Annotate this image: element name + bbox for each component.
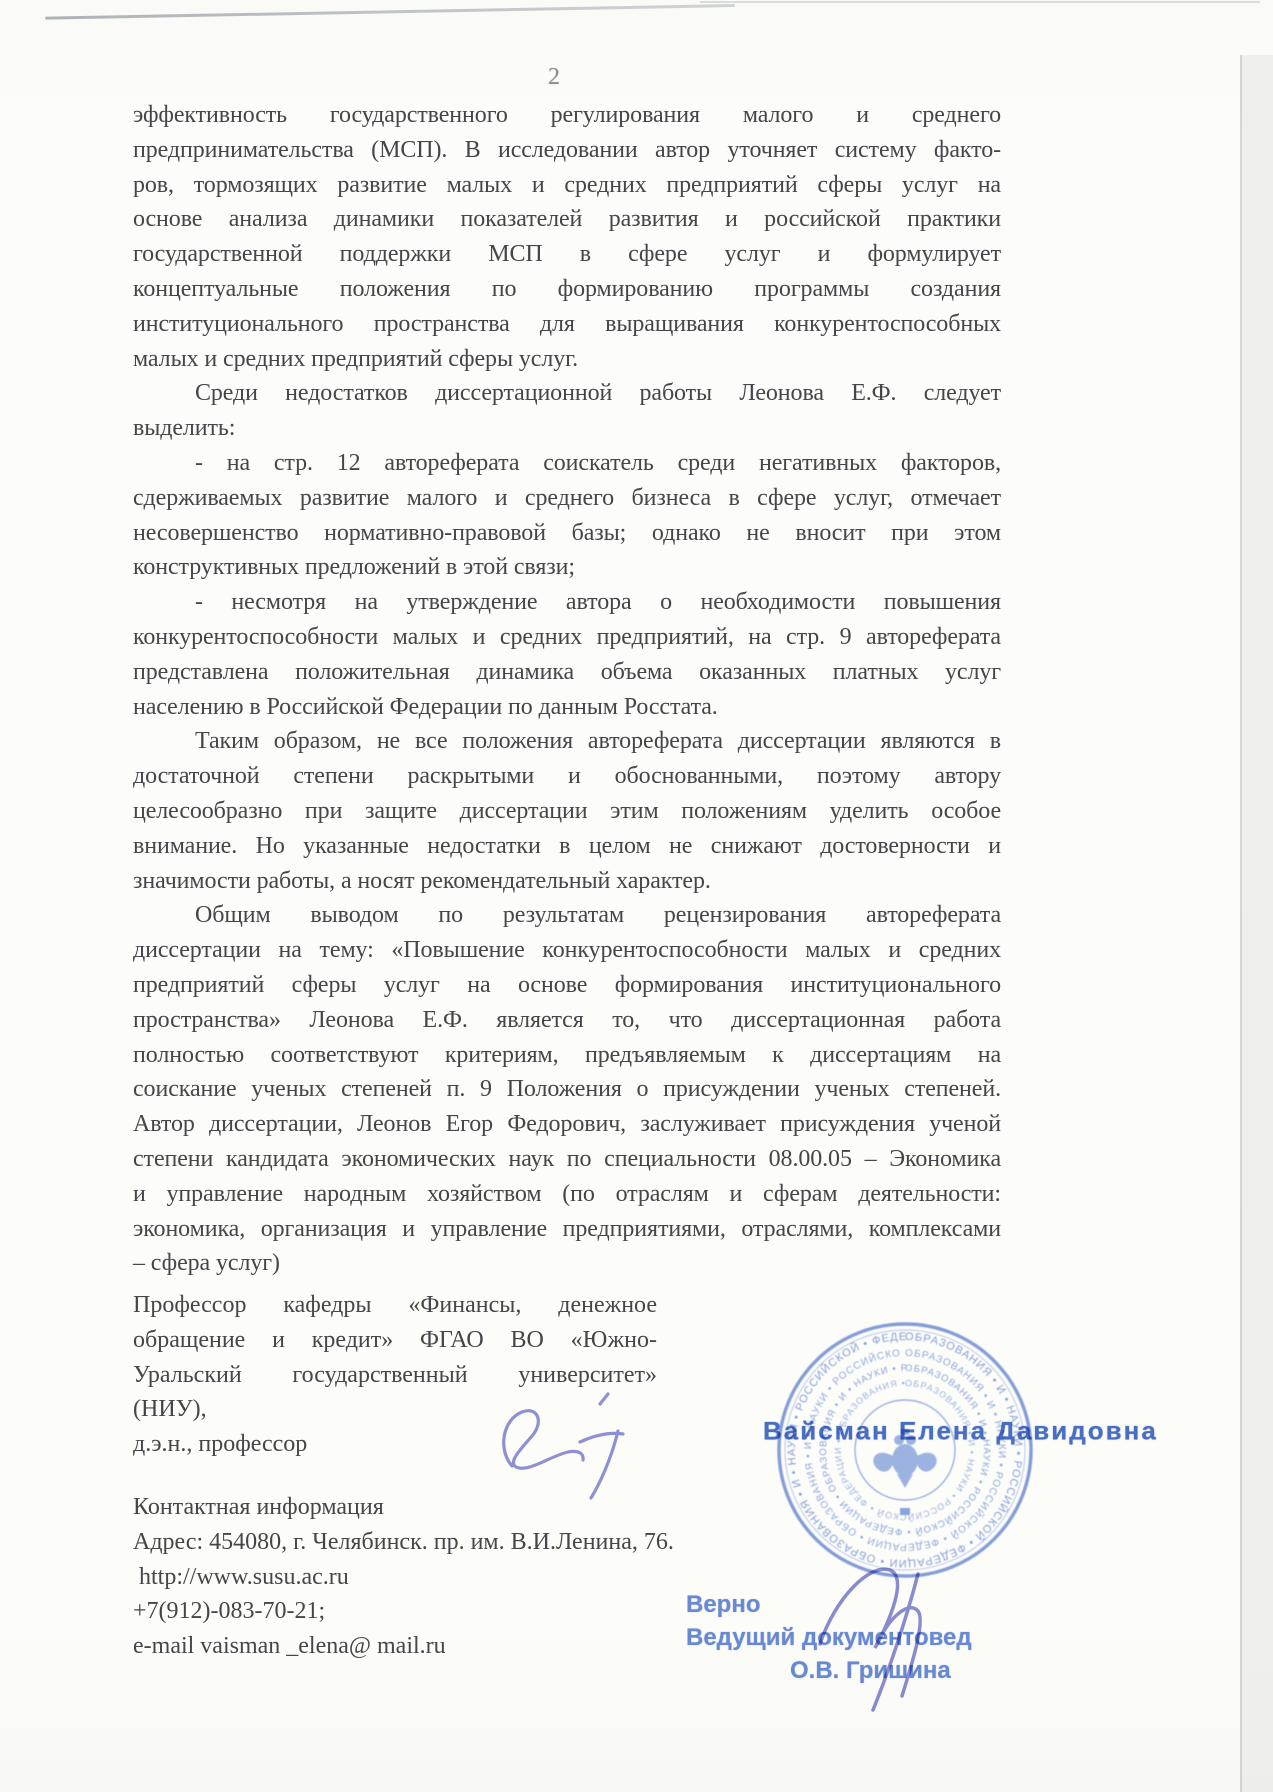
text-line: конструктивных предложений в этой связи;	[133, 550, 1001, 585]
text-line: предприятий сферы услуг на основе формир…	[133, 968, 1001, 1003]
text-line: достаточной степени раскрытыми и обоснов…	[133, 759, 1001, 794]
clerk-role: Ведущий документовед	[686, 1621, 972, 1654]
text-line: государственной поддержки МСП в сфере ус…	[133, 237, 1001, 272]
body-text: эффективность государственного регулиров…	[133, 98, 1001, 1281]
paper-edge-band-right	[1242, 55, 1273, 1792]
text-line: полностью соответствуют критериям, предъ…	[133, 1038, 1001, 1073]
text-line: эффективность государственного регулиров…	[133, 98, 1001, 133]
clerk-name: О.В. Гришина	[686, 1654, 972, 1687]
text-line: диссертации на тему: «Повышение конкурен…	[133, 933, 1001, 968]
text-line: целесообразно при защите диссертации эти…	[133, 794, 1001, 829]
text-line: – сфера услуг)	[133, 1246, 1001, 1281]
text-line: представлена положительная динамика объе…	[133, 655, 1001, 690]
text-line: малых и средних предприятий сферы услуг.	[133, 342, 1001, 377]
signature-vaisman-icon	[480, 1390, 660, 1510]
text-line: пространства» Леонова Е.Ф. является то, …	[133, 1003, 1001, 1038]
text-line: Общим выводом по результатам рецензирова…	[133, 898, 1001, 933]
text-line: соискание ученых степеней п. 9 Положения…	[133, 1072, 1001, 1107]
text-line: Профессор кафедры «Финансы, денежное	[133, 1288, 657, 1323]
signer-name-stamp: Вайсман Елена Давидовна	[763, 1417, 1183, 1447]
text-line: - несмотря на утверждение автора о необх…	[133, 585, 1001, 620]
text-line: внимание. Но указанные недостатки в цело…	[133, 829, 1001, 864]
text-line: Автор диссертации, Леонов Егор Федорович…	[133, 1107, 1001, 1142]
scanned-document-page: 2 эффективность государственного регулир…	[0, 0, 1273, 1792]
text-line: населению в Российской Федерации по данн…	[133, 690, 1001, 725]
certify-label: Верно	[686, 1588, 972, 1621]
text-line: несовершенство нормативно-правовой базы;…	[133, 516, 1001, 551]
text-line: ров, тормозящих развитие малых и средних…	[133, 168, 1001, 203]
text-line: институционального пространства для выра…	[133, 307, 1001, 342]
text-line: обращение и кредит» ФГАО ВО «Южно-	[133, 1323, 657, 1358]
paper-edge-line-top-right	[700, 1, 1260, 3]
text-line: Уральский государственный университет»	[133, 1358, 657, 1393]
text-line: Адрес: 454080, г. Челябинск. пр. им. В.И…	[133, 1525, 793, 1560]
text-line: и управление народным хозяйством (по отр…	[133, 1177, 1001, 1212]
paper-edge-line-right	[1240, 55, 1242, 1792]
text-line: концептуальные положения по формированию…	[133, 272, 1001, 307]
text-line: степени кандидата экономических наук по …	[133, 1142, 1001, 1177]
text-line: основе анализа динамики показателей разв…	[133, 202, 1001, 237]
text-line: предпринимательства (МСП). В исследовани…	[133, 133, 1001, 168]
text-line: значимости работы, а носят рекомендатель…	[133, 864, 1001, 899]
paper-edge-line-top	[45, 4, 735, 20]
certification-stamp: Верно Ведущий документовед О.В. Гришина	[686, 1588, 972, 1687]
text-line: Таким образом, не все положения авторефе…	[133, 724, 1001, 759]
text-line: Среди недостатков диссертационной работы…	[133, 376, 1001, 411]
text-line: - на стр. 12 автореферата соискатель сре…	[133, 446, 1001, 481]
text-line: Контактная информация	[133, 1490, 793, 1525]
text-line: экономика, организация и управление пред…	[133, 1212, 1001, 1247]
text-line: конкурентоспособности малых и средних пр…	[133, 620, 1001, 655]
page-number: 2	[548, 64, 560, 91]
text-line: выделить:	[133, 411, 1001, 446]
text-line: сдерживаемых развитие малого и среднего …	[133, 481, 1001, 516]
